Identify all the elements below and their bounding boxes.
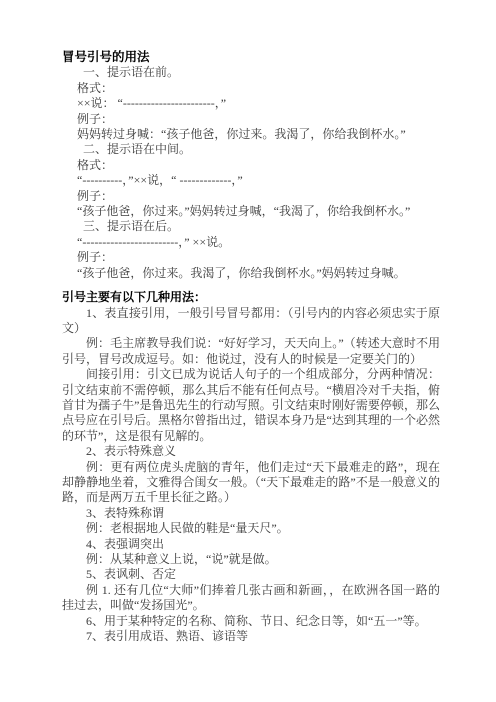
paragraph: 6、用于某种特定的名称、简称、节日、纪念日等，如“五一”等。 [62,614,440,629]
paragraph: 间接引用：引文已成为说话人句子的一个组成部分，分两种情况：引文结束前不需停顿，那… [62,367,440,444]
section-heading: 引号主要有以下几种用法： [62,290,440,305]
paragraph: 3、表特殊称谓 [62,506,440,521]
text-line: 格式： [62,158,440,173]
paragraph: 例：更有两位虎头虎脑的青年，他们走过“天下最难走的路”，现在却静静地坐着，文雅得… [62,460,440,506]
paragraph: 1、表直接引用，一般引号冒号都用：（引号内的内容必须忠实于原文） [62,306,440,337]
paragraph: 例：毛主席教导我们说：“好好学习，天天向上。”（转述大意时不用引号，冒号改成逗号… [62,336,440,367]
list-item: 三、提示语在后。 [62,219,440,234]
text-line: “------------------------，” ××说。 [62,235,440,250]
doc-title: 冒号引号的用法 [62,50,440,65]
text-line: 例子： [62,189,440,204]
text-line: 例子： [62,112,440,127]
text-line: “----------，”××说，“ -------------，” [62,173,440,188]
list-item: 一、提示语在前。 [62,65,440,80]
paragraph: 例 1. 还有几位“大师”们捧着几张古画和新画，，在欧洲各国一路的挂过去，叫做“… [62,583,440,614]
paragraph: 5、表讽刺、否定 [62,567,440,582]
text-line: “孩子他爸，你过来。”妈妈转过身喊，“我渴了，你给我倒杯水。” [62,204,440,219]
paragraph: 2、表示特殊意义 [62,444,440,459]
paragraph: 例：从某种意义上说，“说”就是做。 [62,552,440,567]
text-line: ××说： “-----------------------，” [62,96,440,111]
paragraph: 4、表强调突出 [62,537,440,552]
paragraph: 7、表引用成语、熟语、谚语等 [62,629,440,644]
paragraph: 例：老根据地人民做的鞋是“量天尺”。 [62,521,440,536]
text-line: 格式： [62,81,440,96]
text-line: 例子： [62,250,440,265]
list-item: 二、提示语在中间。 [62,142,440,157]
text-line: 妈妈转过身喊：“孩子他爸，你过来。我渴了，你给我倒杯水。” [62,127,440,142]
text-line: “孩子他爸，你过来。我渴了，你给我倒杯水。”妈妈转过身喊。 [62,266,440,281]
document-page: 冒号引号的用法一、提示语在前。格式：××说： “----------------… [0,0,496,702]
